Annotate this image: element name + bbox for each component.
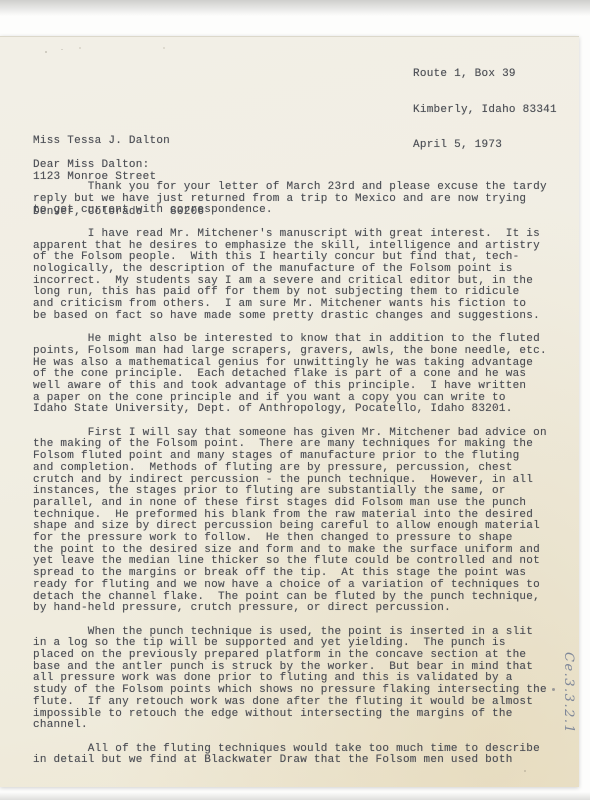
letter-paragraph: First I will say that someone has given … (33, 428, 563, 615)
return-address-line: Route 1, Box 39 (413, 69, 557, 81)
letter-paragraph: All of the fluting techniques would take… (33, 744, 563, 767)
salutation: Dear Miss Dalton: (33, 160, 149, 172)
letter-date: April 5, 1973 (413, 140, 557, 152)
paper-speckle (79, 47, 81, 49)
return-address: Route 1, Box 39 Kimberly, Idaho 83341 Ap… (413, 46, 557, 175)
scan-top-shadow (0, 0, 590, 16)
paper-speckle (163, 47, 165, 49)
paper-speckle (45, 51, 47, 53)
letter-paragraph: He might also be interested to know that… (33, 334, 563, 416)
recipient-name: Miss Tessa J. Dalton (33, 136, 204, 148)
letter-body: Thank you for your letter of March 23rd … (33, 182, 563, 767)
paper-speckle (61, 49, 63, 50)
scan-bottom-shadow (0, 792, 590, 800)
return-address-line: Kimberly, Idaho 83341 (413, 105, 557, 117)
archive-annotation: Ce.3.3.2.1 (561, 652, 576, 734)
paper-speckle (552, 688, 555, 691)
letter-page: Route 1, Box 39 Kimberly, Idaho 83341 Ap… (0, 36, 579, 787)
letter-paragraph: Thank you for your letter of March 23rd … (33, 182, 563, 217)
letter-paragraph: When the punch technique is used, the po… (33, 627, 563, 732)
scanned-letter-scan: Route 1, Box 39 Kimberly, Idaho 83341 Ap… (0, 0, 590, 800)
paper-speckle (524, 770, 526, 772)
letter-paragraph: I have read Mr. Mitchener's manuscript w… (33, 229, 563, 323)
